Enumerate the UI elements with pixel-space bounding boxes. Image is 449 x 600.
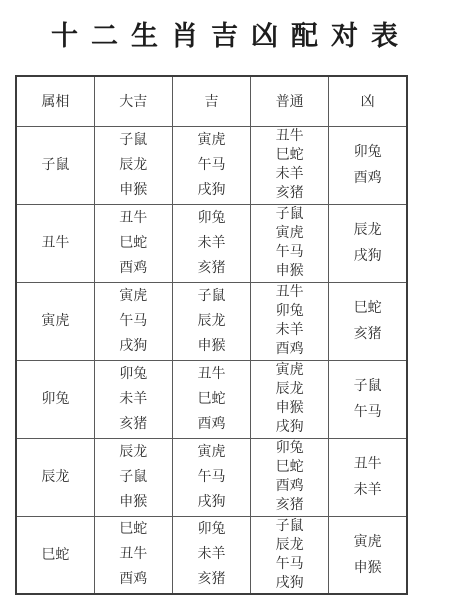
header-bad-luck: 凶 [329,76,407,126]
sign-cell: 丑牛 [16,204,94,282]
luck-cell: 寅虎 午马 戌狗 [172,438,250,516]
luck-cell: 卯兔 未羊 亥猪 [172,516,250,594]
bad-luck-cell: 辰龙 戌狗 [329,204,407,282]
luck-cell: 寅虎 午马 戌狗 [172,126,250,204]
ordinary-cell: 子鼠 辰龙 午马 戌狗 [251,516,329,594]
sign-cell: 巳蛇 [16,516,94,594]
document-page: 十二生肖吉凶配对表 属相 大吉 吉 普通 凶 子鼠 子鼠 辰龙 申猴 寅虎 午马… [0,0,449,600]
table-row-rabbit: 卯兔 卯兔 未羊 亥猪 丑牛 巳蛇 酉鸡 寅虎 辰龙 申猴 戌狗 子鼠 午马 [16,360,407,438]
header-row: 属相 大吉 吉 普通 凶 [16,76,407,126]
table-row-ox: 丑牛 丑牛 巳蛇 酉鸡 卯兔 未羊 亥猪 子鼠 寅虎 午马 申猴 辰龙 戌狗 [16,204,407,282]
bad-luck-cell: 寅虎 申猴 [329,516,407,594]
table-row-rat: 子鼠 子鼠 辰龙 申猴 寅虎 午马 戌狗 丑牛 巳蛇 未羊 亥猪 卯兔 酉鸡 [16,126,407,204]
bad-luck-cell: 巳蛇 亥猪 [329,282,407,360]
luck-cell: 子鼠 辰龙 申猴 [172,282,250,360]
header-luck: 吉 [172,76,250,126]
great-luck-cell: 卯兔 未羊 亥猪 [94,360,172,438]
page-title: 十二生肖吉凶配对表 [0,14,449,53]
ordinary-cell: 卯兔 巳蛇 酉鸡 亥猪 [251,438,329,516]
bad-luck-cell: 卯兔 酉鸡 [329,126,407,204]
great-luck-cell: 丑牛 巳蛇 酉鸡 [94,204,172,282]
sign-cell: 寅虎 [16,282,94,360]
bad-luck-cell: 子鼠 午马 [329,360,407,438]
header-ordinary: 普通 [251,76,329,126]
header-great-luck: 大吉 [94,76,172,126]
table-row-tiger: 寅虎 寅虎 午马 戌狗 子鼠 辰龙 申猴 丑牛 卯兔 未羊 酉鸡 巳蛇 亥猪 [16,282,407,360]
luck-cell: 卯兔 未羊 亥猪 [172,204,250,282]
great-luck-cell: 巳蛇 丑牛 酉鸡 [94,516,172,594]
great-luck-cell: 寅虎 午马 戌狗 [94,282,172,360]
bad-luck-cell: 丑牛 未羊 [329,438,407,516]
ordinary-cell: 丑牛 巳蛇 未羊 亥猪 [251,126,329,204]
ordinary-cell: 丑牛 卯兔 未羊 酉鸡 [251,282,329,360]
ordinary-cell: 寅虎 辰龙 申猴 戌狗 [251,360,329,438]
ordinary-cell: 子鼠 寅虎 午马 申猴 [251,204,329,282]
great-luck-cell: 子鼠 辰龙 申猴 [94,126,172,204]
zodiac-compatibility-table: 属相 大吉 吉 普通 凶 子鼠 子鼠 辰龙 申猴 寅虎 午马 戌狗 丑牛 巳蛇 … [15,75,408,595]
great-luck-cell: 辰龙 子鼠 申猴 [94,438,172,516]
header-sign: 属相 [16,76,94,126]
sign-cell: 卯兔 [16,360,94,438]
luck-cell: 丑牛 巳蛇 酉鸡 [172,360,250,438]
table-row-snake: 巳蛇 巳蛇 丑牛 酉鸡 卯兔 未羊 亥猪 子鼠 辰龙 午马 戌狗 寅虎 申猴 [16,516,407,594]
sign-cell: 辰龙 [16,438,94,516]
table-row-dragon: 辰龙 辰龙 子鼠 申猴 寅虎 午马 戌狗 卯兔 巳蛇 酉鸡 亥猪 丑牛 未羊 [16,438,407,516]
sign-cell: 子鼠 [16,126,94,204]
